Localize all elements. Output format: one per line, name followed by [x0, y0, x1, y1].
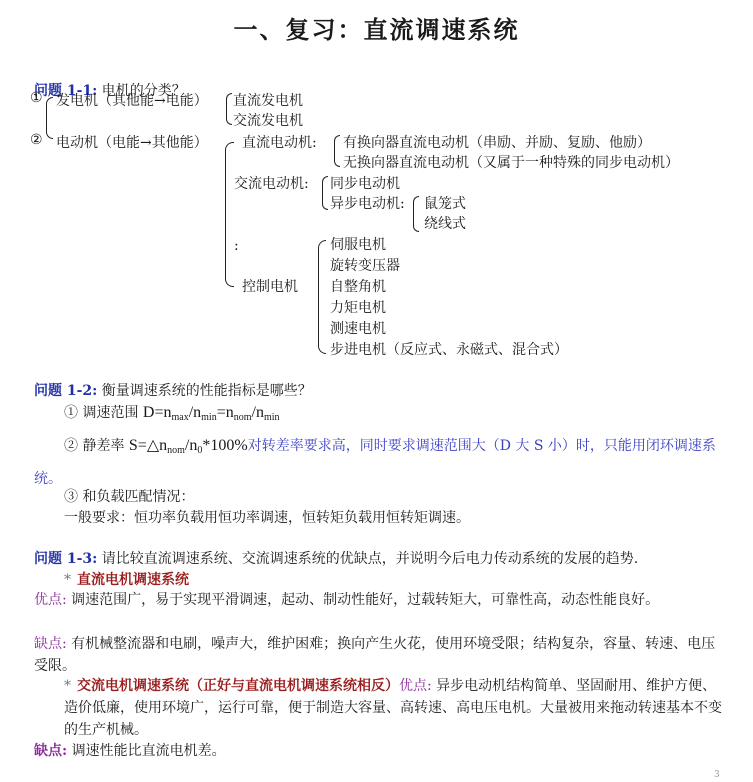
pros-label: 优点:	[399, 678, 432, 694]
formula: D=nmax/nmin=nnom/nmin	[143, 404, 280, 421]
dc-motor-label: 直流电动机:	[242, 132, 317, 152]
control-motor-type: 伺服电机	[330, 234, 386, 254]
brace	[226, 93, 232, 125]
ac-motor-label: 交流电动机:	[234, 173, 309, 193]
generator-label: 发电机（其他能→电能）	[56, 90, 208, 110]
brace	[318, 240, 326, 354]
generator-type: 直流发电机	[233, 90, 303, 110]
async-motor-type: 鼠笼式	[424, 193, 466, 213]
question-1-3: 问题 1-3: 请比较直流调速系统、交流调速系统的优缺点，并说明今后电力传动系统…	[34, 548, 638, 568]
formula: S=△nnom/n0*100%	[129, 437, 248, 454]
question-text: 衡量调速系统的性能指标是哪些？	[102, 383, 312, 399]
question-label: 问题 1-2:	[34, 383, 97, 399]
async-motor-type: 绕线式	[424, 213, 466, 233]
load-match-detail: 一般要求：恒功率负载用恒功率调速，恒转矩负载用恒转矩调速。	[64, 507, 470, 527]
page-title: 一、复习：直流调速系统	[0, 10, 753, 45]
marker-1: ①	[30, 90, 43, 106]
dc-motor-type: 有换向器直流电动机（串励、并励、复励、他励）	[343, 132, 651, 152]
metric-label: 静差率	[82, 438, 124, 454]
control-motor-type: 力矩电机	[330, 297, 386, 317]
async-motor-label: 异步电动机:	[330, 193, 405, 213]
bullet-star: *	[64, 678, 71, 694]
brace	[322, 176, 328, 210]
marker: ②	[64, 438, 78, 454]
colon-mark: :	[234, 238, 239, 254]
metric-speed-range: ① 调速范围 D=nmax/nmin=nnom/nmin	[64, 402, 280, 423]
page-number: 3	[714, 770, 720, 780]
question-text: 请比较直流调速系统、交流调速系统的优缺点，并说明今后电力传动系统的发展的趋势.	[102, 551, 638, 567]
dc-cons: 缺点: 有机械整流器和电刷，噪声大，维护困难；换向产生火花，使用环境受限；结构复…	[34, 633, 724, 677]
cons-label: 缺点:	[34, 636, 67, 652]
control-motor-type: 步进电机（反应式、永磁式、混合式）	[330, 339, 568, 359]
pros-label: 优点:	[34, 592, 67, 608]
pros-text: 调速范围广，易于实现平滑调速，起动、制动性能好，过载转矩大，可靠性高，动态性能良…	[71, 592, 659, 608]
generator-type: 交流发电机	[233, 110, 303, 130]
brace	[334, 135, 340, 167]
dc-system-heading: *直流电机调速系统	[64, 569, 189, 589]
cons-label: 缺点:	[34, 743, 67, 759]
control-motor-type: 旋转变压器	[330, 255, 400, 275]
marker: ③	[64, 489, 78, 505]
metric-label: 和负载匹配情况：	[82, 489, 194, 505]
brace	[46, 97, 53, 139]
bullet-star: *	[64, 572, 71, 588]
brace	[225, 142, 234, 287]
brace	[413, 196, 419, 232]
ac-system: *交流电机调速系统（正好与直流电机调速系统相反）优点: 异步电动机结构简单、坚固…	[64, 675, 724, 741]
control-motor-type: 测速电机	[330, 318, 386, 338]
metric-static-error: ② 静差率 S=△nnom/n0*100%对转差率要求高，同时要求调速范围大（D…	[34, 432, 724, 493]
metric-load-match: ③ 和负载匹配情况：	[64, 486, 194, 506]
control-motor-label: 控制电机	[242, 276, 298, 296]
marker: ①	[64, 405, 78, 421]
marker-2: ②	[30, 132, 43, 148]
dc-pros: 优点: 调速范围广，易于实现平滑调速，起动、制动性能好，过载转矩大，可靠性高，动…	[34, 589, 724, 611]
ac-system-heading: 交流电机调速系统（正好与直流电机调速系统相反）	[77, 678, 399, 694]
dc-motor-type: 无换向器直流电动机（又属于一种特殊的同步电动机）	[343, 152, 679, 172]
cons-text: 有机械整流器和电刷，噪声大，维护困难；换向产生火花，使用环境受限；结构复杂，容量…	[34, 636, 715, 674]
control-motor-type: 自整角机	[330, 276, 386, 296]
question-label: 问题 1-3:	[34, 551, 97, 567]
motor-label: 电动机（电能→其他能）	[56, 132, 208, 152]
metric-label: 调速范围	[82, 405, 138, 421]
cons-text: 调速性能比直流电机差。	[72, 743, 226, 759]
sync-motor: 同步电动机	[330, 173, 400, 193]
question-1-2: 问题 1-2: 衡量调速系统的性能指标是哪些？	[34, 380, 312, 400]
ac-cons: 缺点: 调速性能比直流电机差。	[34, 740, 724, 762]
